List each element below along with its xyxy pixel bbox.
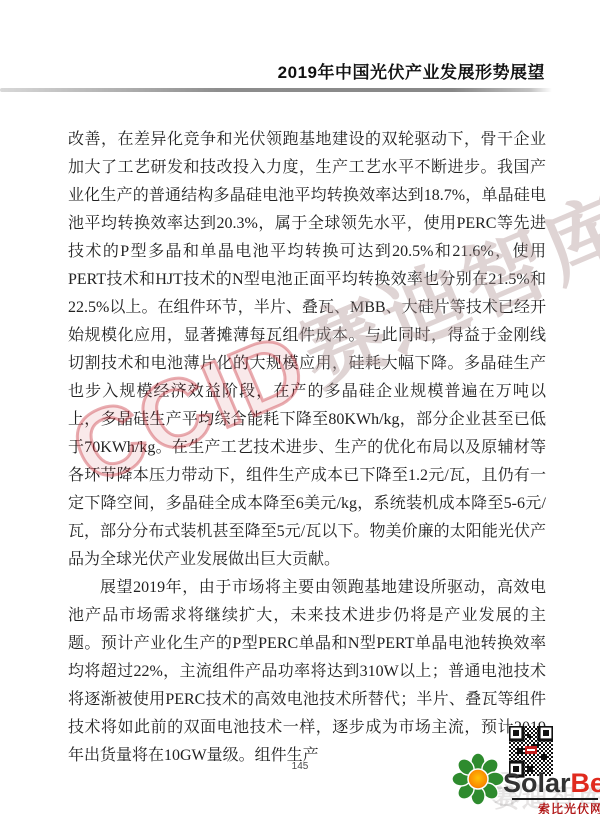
brand-name-solar: Solar: [503, 768, 571, 798]
header-divider: [0, 88, 552, 92]
brand-site-name: 索比光伏网: [538, 800, 600, 814]
brand-name-be: Be: [571, 768, 600, 798]
body-text: 改善，在差异化竞争和光伏领跑基地建设的双轮驱动下，骨干企业加大了工艺研发和技改投…: [68, 126, 546, 770]
page-header-title: 2019年中国光伏产业发展形势展望: [278, 58, 545, 83]
brand-name: SolarBe.com: [503, 770, 600, 797]
sunflower-icon: [452, 753, 504, 805]
brand-block: 赛迪智库: [430, 720, 600, 814]
paragraph: 改善，在差异化竞争和光伏领跑基地建设的双轮驱动下，骨干企业加大了工艺研发和技改投…: [68, 126, 546, 574]
document-page: 2019年中国光伏产业发展形势展望 改善，在差异化竞争和光伏领跑基地建设的双轮驱…: [0, 0, 600, 814]
